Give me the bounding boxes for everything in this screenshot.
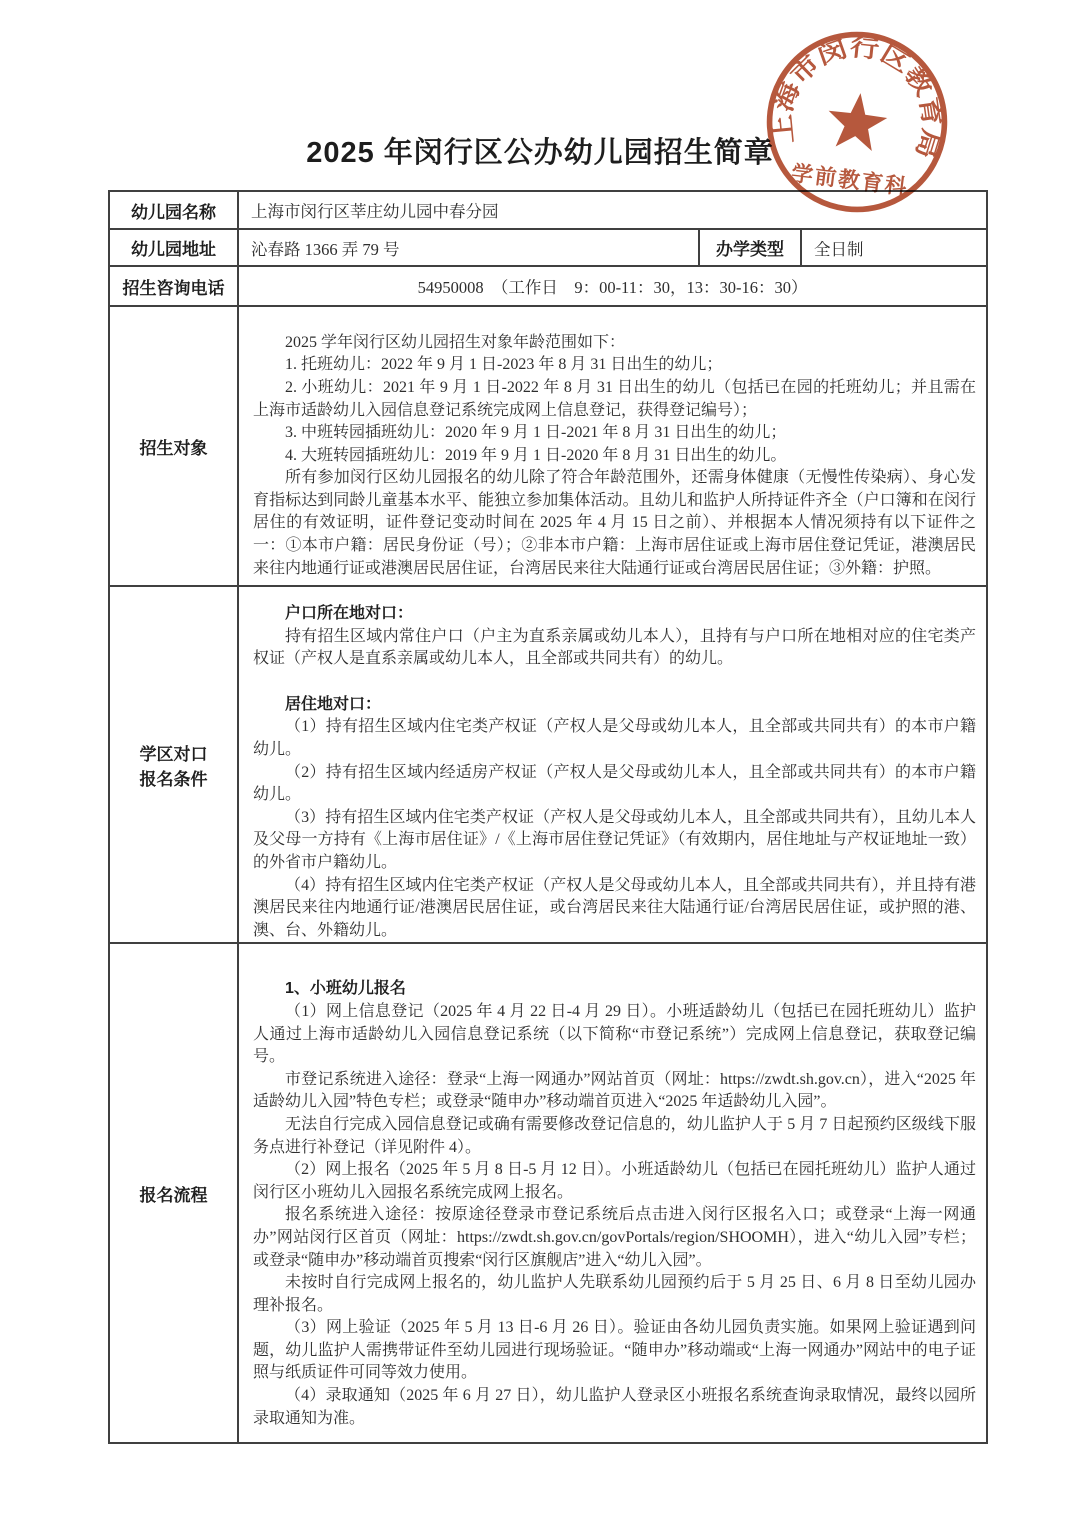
paragraph: （1）网上信息登记（2025 年 4 月 22 日-4 月 29 日）。小班适龄…	[253, 1001, 976, 1069]
paragraph: （3）持有招生区域内住宅类产权证（产权人是父母或幼儿本人，且全部或共同共有），且…	[253, 807, 976, 875]
enrollment-table: 幼儿园名称 上海市闵行区莘庄幼儿园中春分园 幼儿园地址 沁春路 1366 弄 7…	[108, 190, 988, 1444]
section-heading: 户口所在地对口：	[253, 603, 976, 626]
paragraph: （4）录取通知（2025 年 6 月 27 日），幼儿监护人登录区小班报名系统查…	[253, 1385, 976, 1430]
paragraph: （4）持有招生区域内住宅类产权证（产权人是父母或幼儿本人，且全部或共同共有），并…	[253, 875, 976, 943]
kindergarten-address-value: 沁春路 1366 弄 79 号	[238, 229, 699, 266]
kindergarten-name-label: 幼儿园名称	[109, 191, 238, 229]
paragraph: 3. 中班转园插班幼儿：2020 年 9 月 1 日-2021 年 8 月 31…	[253, 422, 976, 445]
paragraph: 1. 托班幼儿：2022 年 9 月 1 日-2023 年 8 月 31 日出生…	[253, 354, 976, 377]
paragraph: （2）持有招生区域内经适房产权证（产权人是父母或幼儿本人，且全部或共同共有）的本…	[253, 762, 976, 807]
paragraph: 市登记系统进入途径：登录“上海一网通办”网站首页（网址：https://zwdt…	[253, 1069, 976, 1114]
paragraph: （3）网上验证（2025 年 5 月 13 日-6 月 26 日）。验证由各幼儿…	[253, 1317, 976, 1385]
phone-label: 招生咨询电话	[109, 266, 238, 306]
table-row: 报名流程 1、小班幼儿报名（1）网上信息登记（2025 年 4 月 22 日-4…	[109, 943, 987, 1443]
application-process-content: 1、小班幼儿报名（1）网上信息登记（2025 年 4 月 22 日-4 月 29…	[238, 943, 987, 1443]
district-conditions-content: 户口所在地对口：持有招生区域内常住户口（户主为直系亲属或幼儿本人），且持有与户口…	[238, 586, 987, 943]
application-process-label: 报名流程	[109, 943, 238, 1443]
district-conditions-label: 学区对口 报名条件	[109, 586, 238, 943]
paragraph: （1）持有招生区域内住宅类产权证（产权人是父母或幼儿本人，且全部或共同共有）的本…	[253, 716, 976, 761]
paragraph: 持有招生区域内常住户口（户主为直系亲属或幼儿本人），且持有与户口所在地相对应的住…	[253, 626, 976, 671]
document-page: 2025 年闵行区公办幼儿园招生简章 上海市闵行区教育局 学前教育科 幼儿园名称…	[0, 0, 1080, 1527]
enrollment-targets-content: 2025 学年闵行区幼儿园招生对象年龄范围如下：1. 托班幼儿：2022 年 9…	[238, 306, 987, 586]
enrollment-targets-label: 招生对象	[109, 306, 238, 586]
paragraph: 4. 大班转园插班幼儿：2019 年 9 月 1 日-2020 年 8 月 31…	[253, 445, 976, 468]
table-row: 学区对口 报名条件 户口所在地对口：持有招生区域内常住户口（户主为直系亲属或幼儿…	[109, 586, 987, 943]
table-row: 幼儿园地址 沁春路 1366 弄 79 号 办学类型 全日制	[109, 229, 987, 266]
phone-value: 54950008 （工作日 9：00-11：30，13：30-16：30）	[238, 266, 987, 306]
official-seal: 上海市闵行区教育局 学前教育科	[752, 17, 962, 227]
school-type-label: 办学类型	[699, 229, 801, 266]
school-type-value: 全日制	[801, 229, 987, 266]
kindergarten-address-label: 幼儿园地址	[109, 229, 238, 266]
section-heading: 居住地对口：	[253, 694, 976, 717]
paragraph: 所有参加闵行区幼儿园报名的幼儿除了符合年龄范围外，还需身体健康（无慢性传染病）、…	[253, 467, 976, 580]
table-row: 招生咨询电话 54950008 （工作日 9：00-11：30，13：30-16…	[109, 266, 987, 306]
paragraph: 2025 学年闵行区幼儿园招生对象年龄范围如下：	[253, 332, 976, 355]
seal-star-icon	[824, 89, 889, 152]
paragraph: 2. 小班幼儿：2021 年 9 月 1 日-2022 年 8 月 31 日出生…	[253, 377, 976, 422]
paragraph: 报名系统进入途径：按原途径登录市登记系统后点击进入闵行区报名入口；或登录“上海一…	[253, 1204, 976, 1272]
paragraph: 无法自行完成入园信息登记或确有需要修改登记信息的，幼儿监护人于 5 月 7 日起…	[253, 1114, 976, 1159]
paragraph: 未按时自行完成网上报名的，幼儿监护人先联系幼儿园预约后于 5 月 25 日、6 …	[253, 1272, 976, 1317]
section-heading: 1、小班幼儿报名	[253, 978, 976, 1001]
paragraph: （2）网上报名（2025 年 5 月 8 日-5 月 12 日）。小班适龄幼儿（…	[253, 1159, 976, 1204]
table-row: 招生对象 2025 学年闵行区幼儿园招生对象年龄范围如下：1. 托班幼儿：202…	[109, 306, 987, 586]
